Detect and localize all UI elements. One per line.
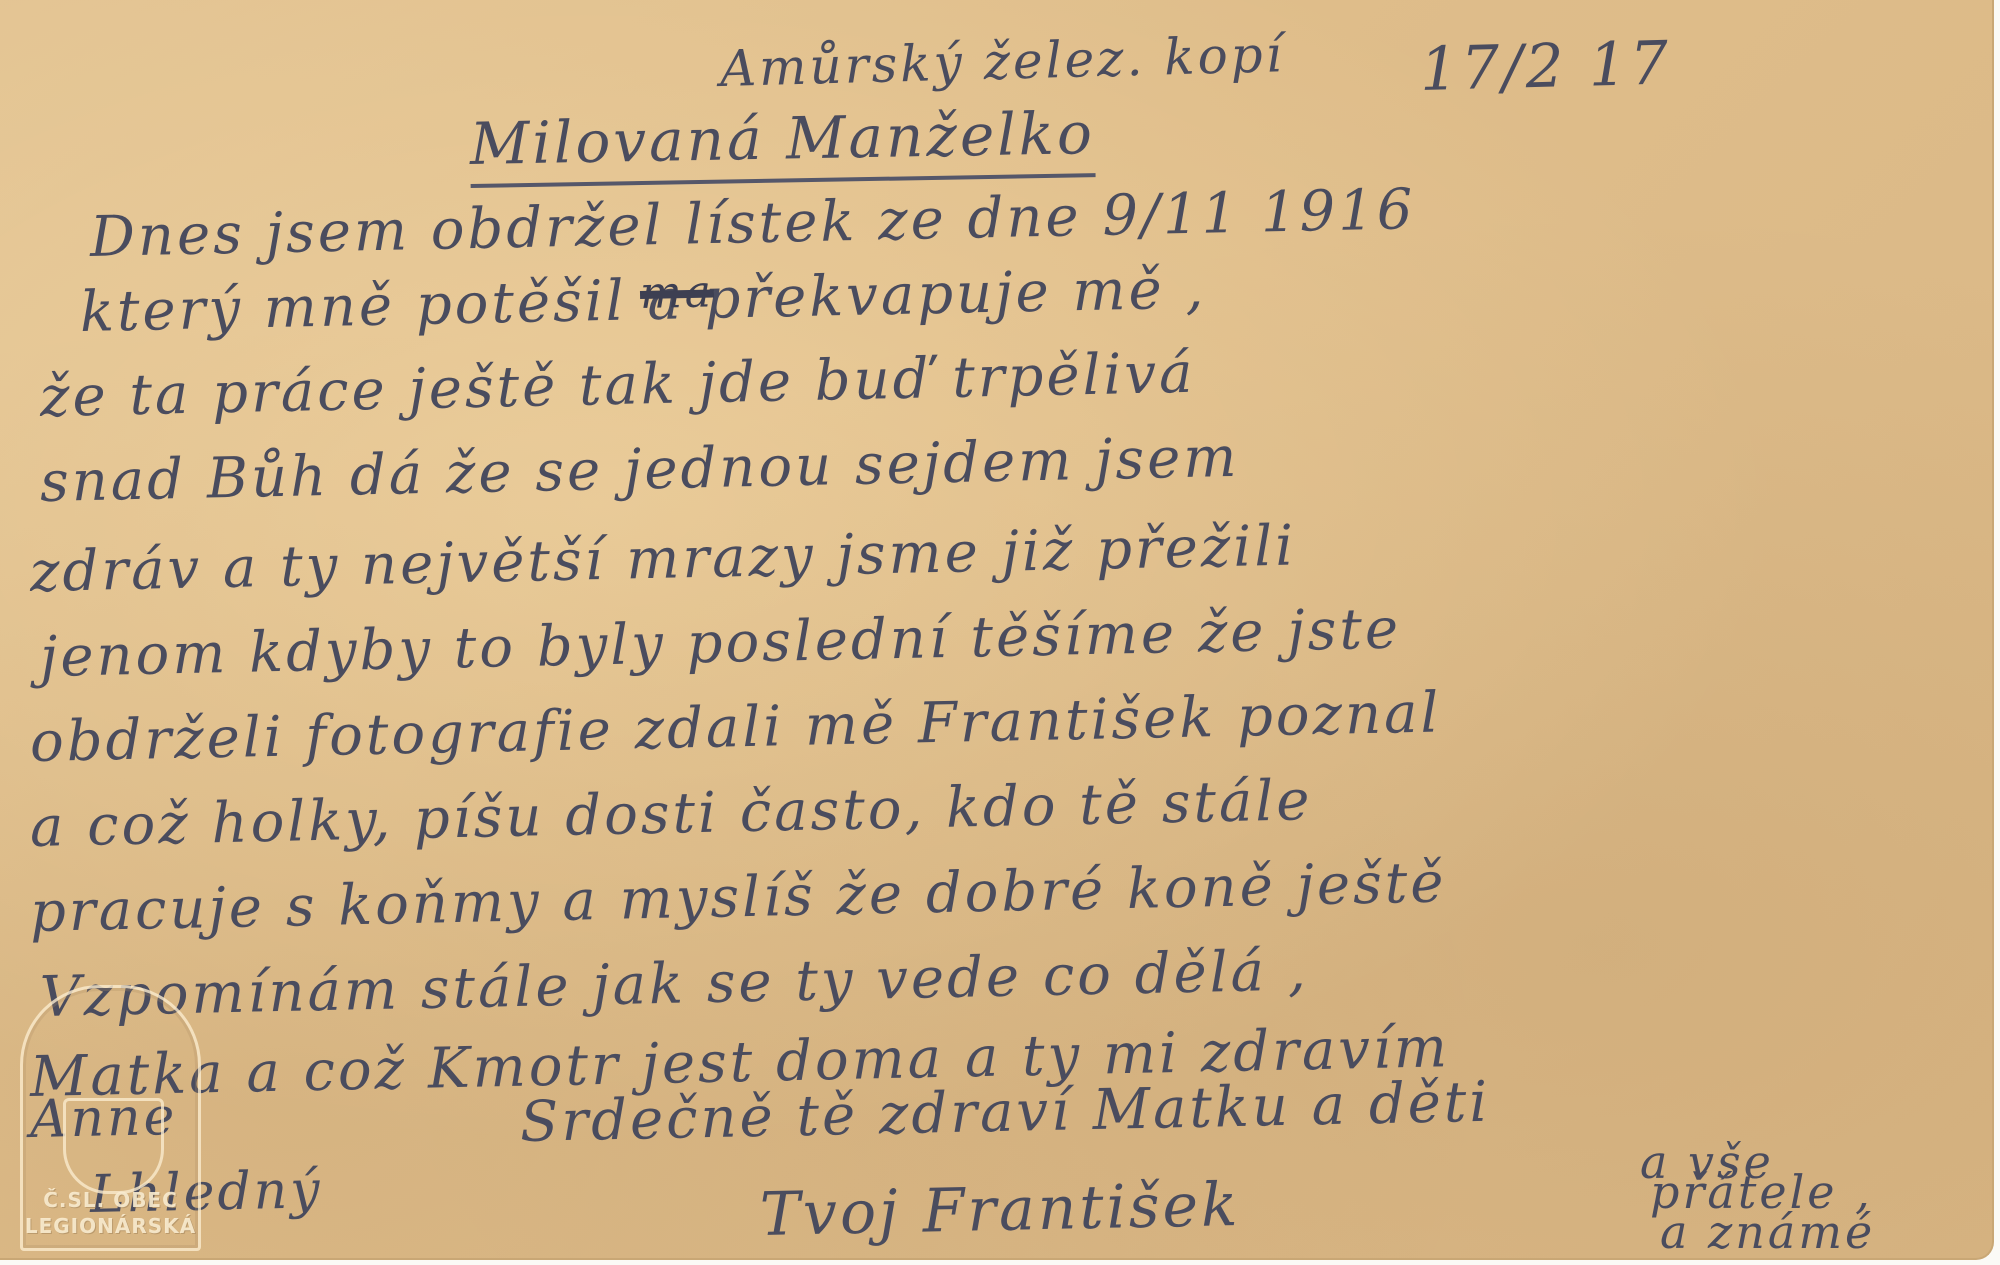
struck-text: ma bbox=[639, 266, 714, 319]
body-line-5: zdráv a ty největší mrazy jsme již přeži… bbox=[29, 513, 1296, 605]
body-line-4: snad Bůh dá že se jednou sejdem jsem bbox=[39, 425, 1240, 515]
legion-emboss-stamp: Č.SL. OBEC LEGIONÁRSKÁ bbox=[20, 985, 201, 1251]
body-line-3: že ta práce ještě tak jde buď trpělivá bbox=[39, 341, 1196, 430]
postcard: Amůrský želez. kopí 17/2 17 Milovaná Man… bbox=[0, 0, 1994, 1260]
header-place: Amůrský želez. kopí bbox=[719, 25, 1285, 98]
salutation: Milovaná Manželko bbox=[469, 99, 1095, 188]
coat-of-arms-icon bbox=[63, 1098, 164, 1194]
body-line-1: Dnes jsem obdržel lístek ze dne 9/11 191… bbox=[89, 177, 1416, 270]
struck-word: ma bbox=[639, 266, 714, 319]
body-line-6: jenom kdyby to byly poslední těšíme že j… bbox=[39, 596, 1401, 689]
stamp-text-line2: LEGIONÁRSKÁ bbox=[23, 1214, 198, 1238]
stamp-text-line1: Č.SL. OBEC bbox=[23, 1188, 198, 1212]
body-line-8: a což holky, píšu dosti často, kdo tě st… bbox=[29, 768, 1313, 860]
header-date: 17/2 17 bbox=[1419, 28, 1672, 105]
signature: Tvoj František bbox=[759, 1170, 1241, 1250]
body-line-7: obdrželi fotografie zdali mě František p… bbox=[29, 680, 1442, 775]
closing-aside-3: a známé bbox=[1660, 1205, 1875, 1259]
body-line-9: pracuje s koňmy a myslíš že dobré koně j… bbox=[29, 850, 1447, 945]
body-line-10: Vzpomínám stále jak se ty vede co dělá , bbox=[39, 938, 1309, 1030]
